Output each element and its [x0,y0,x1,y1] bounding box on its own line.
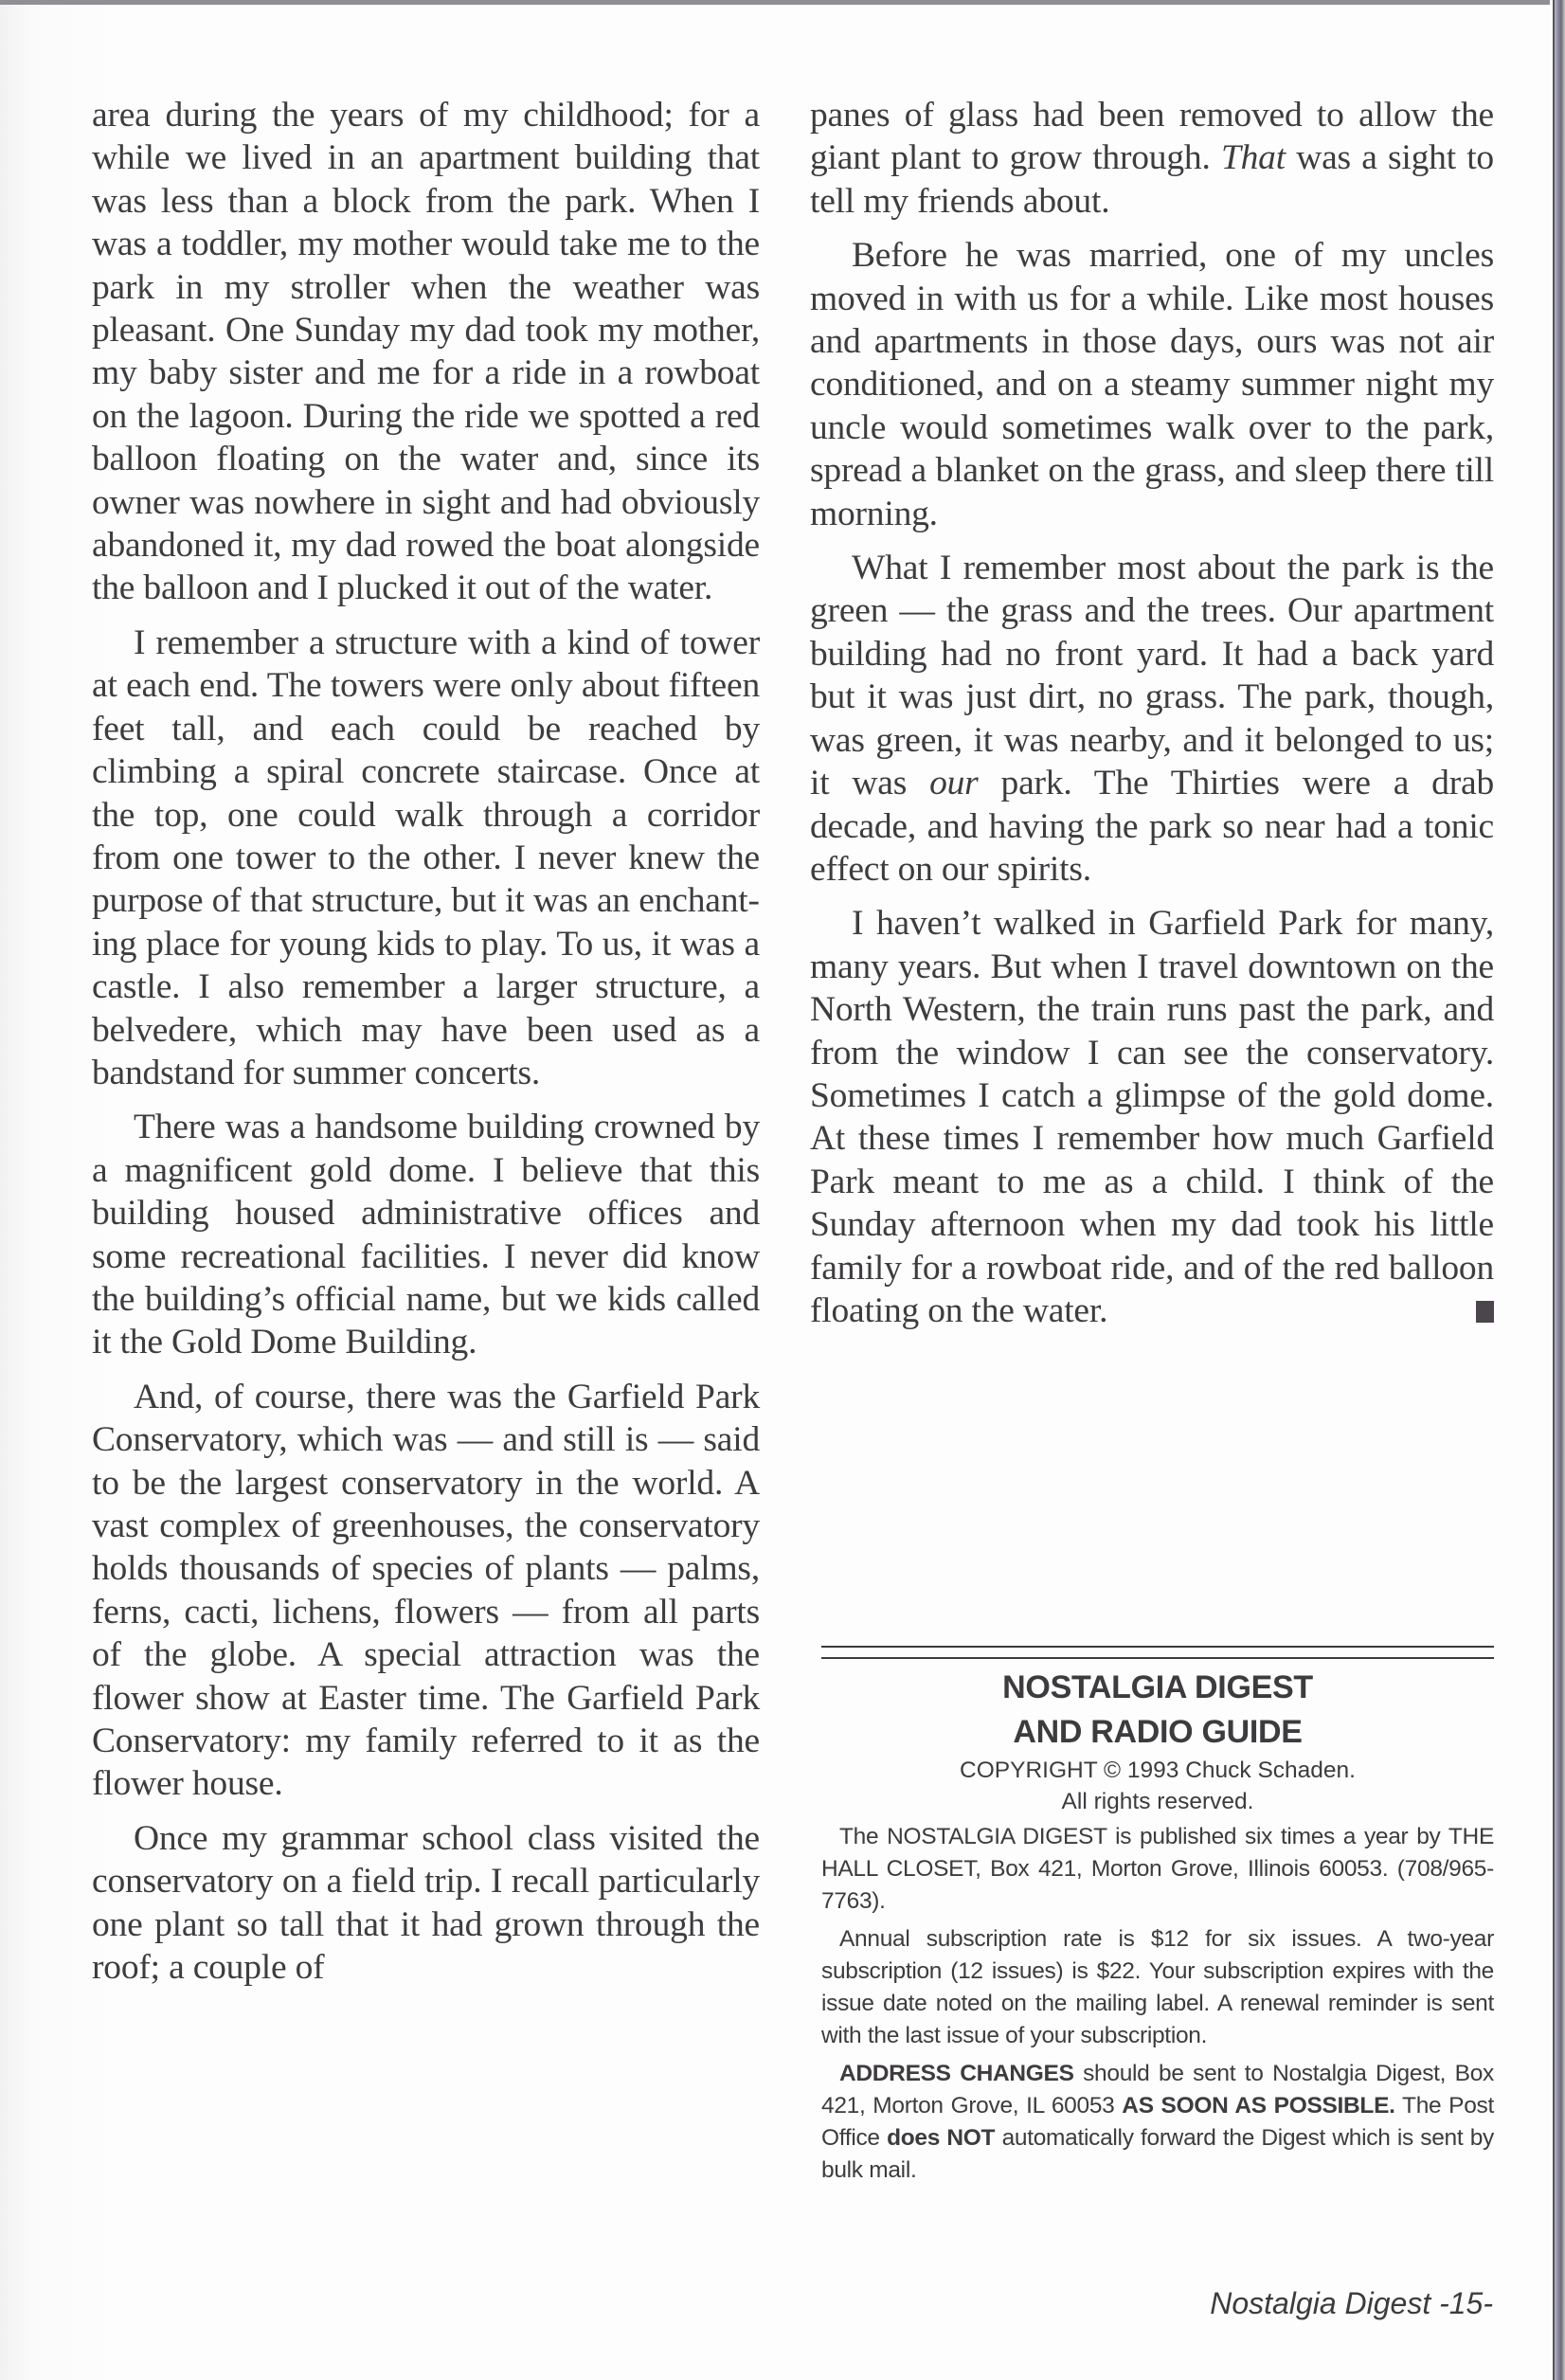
address-changes-info: ADDRESS CHANGES should be sent to Nostal… [821,2058,1494,2187]
page-folio: Nostalgia Digest -15- [1210,2286,1493,2321]
publication-info: The NOSTALGIA DIGEST is published six ti… [821,1821,1494,1918]
paragraph: area during the years of my childhood; f… [92,94,760,610]
rights-line: All rights reserved. [821,1786,1494,1817]
text-run: I haven’t walked in Garfield Park for ma… [810,904,1494,1330]
emphasis-our: our [929,764,979,802]
paragraph: There was a handsome building crowned by… [92,1106,760,1363]
article-left-column: area during the years of my childhood; f… [92,94,760,2000]
end-mark-icon [1476,1301,1494,1323]
scan-top-edge [0,0,1565,5]
paragraph: Before he was married, one of my uncles … [810,234,1494,535]
paragraph: I remember a structure with a kind of to… [92,622,760,1094]
article-right-column: panes of glass had been removed to allow… [810,94,1494,1343]
emphasis-that: That [1221,138,1286,177]
paragraph: I haven’t walked in Garfield Park for ma… [810,902,1494,1332]
subscription-info: Annual subscription rate is $12 for six … [821,1923,1494,2052]
separator-rule-bottom [821,1657,1494,1659]
bold-text: AS SOON AS POSSIBLE. [1122,2093,1394,2119]
separator-rule-top [821,1646,1494,1648]
paragraph: Once my grammar school class visited the… [92,1817,760,1990]
paragraph: panes of glass had been removed to allow… [810,94,1494,223]
bold-text: ADDRESS CHANGES [839,2061,1074,2086]
paragraph: What I remember most about the park is t… [810,547,1494,891]
bold-text: does NOT [887,2125,995,2151]
copyright-line: COPYRIGHT © 1993 Chuck Schaden. [821,1755,1494,1786]
masthead-box: NOSTALGIA DIGEST AND RADIO GUIDE COPYRIG… [821,1666,1494,2192]
masthead-title-line1: NOSTALGIA DIGEST [821,1666,1494,1710]
page-spine-edge [1550,0,1565,2380]
masthead-title-line2: AND RADIO GUIDE [821,1710,1494,1755]
paragraph: And, of course, there was the Garfield P… [92,1376,760,1806]
